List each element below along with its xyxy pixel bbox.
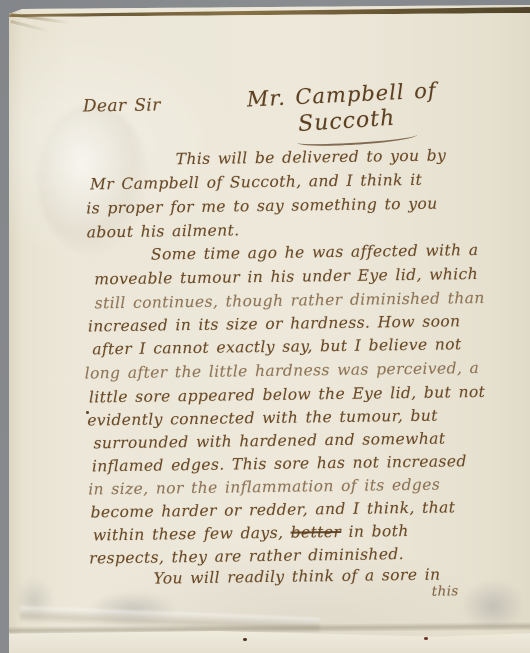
body-line: in size, nor the inflammation of its edg…	[88, 476, 440, 499]
deleted-word: better	[291, 523, 342, 542]
body-line: respects, they are rather diminished.	[89, 545, 404, 567]
body-line: inflamed edges. This sore has not increa…	[92, 452, 467, 475]
body-line: still continues, though rather diminishe…	[95, 289, 485, 312]
body-line: after I cannot exactly say, but I believ…	[92, 335, 462, 358]
body-line: long after the little hardness was perce…	[85, 359, 480, 383]
docket-addressee: Mr. Campbell of	[246, 78, 437, 111]
deletion-before: within these few days,	[93, 524, 291, 545]
body-line: You will readily think of a sore in	[153, 566, 440, 588]
body-line: Some time ago he was affected with a	[151, 241, 479, 264]
body-line: This will be delivered to you by	[176, 146, 447, 168]
body-line: Mr Campbell of Succoth, and I think it	[90, 171, 422, 194]
body-line: surrounded with hardened and somewhat	[93, 429, 445, 452]
deletion-after: in both	[341, 522, 409, 541]
catchword: this	[432, 583, 459, 599]
handwritten-text-layer: Dear Sir Mr. Campbell of Succoth This wi…	[0, 0, 530, 653]
body-line: increased in its size or hardness. How s…	[88, 312, 461, 335]
body-line: about his ailment.	[87, 221, 240, 241]
body-line: is proper for me to say something to you	[86, 195, 437, 218]
salutation: Dear Sir	[83, 95, 161, 116]
body-line-with-deletion: within these few days, better in both	[93, 522, 409, 544]
body-line: evidently connected with the tumour, but	[87, 407, 438, 430]
body-line: moveable tumour in his under Eye lid, wh…	[94, 265, 478, 288]
body-line: become harder or redder, and I think, th…	[90, 498, 455, 521]
body-line: little sore appeared below the Eye lid, …	[89, 383, 486, 407]
